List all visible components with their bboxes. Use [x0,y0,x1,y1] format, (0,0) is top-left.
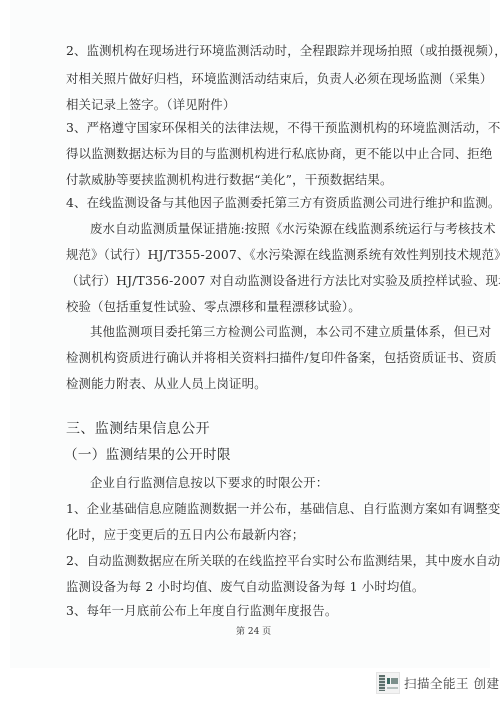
watermark-text: 扫描全能王 创建 [404,674,499,692]
paragraph-line: 相关记录上签字。（详见附件） [66,97,235,113]
paragraph-line: 1、企业基础信息应随监测数据一并公布，基础信息、自行监测方案如有调整变 [66,501,500,517]
paragraph-line: 2、自动监测数据应在所关联的在线监控平台实时公布监测结果，其中废水自动 [66,553,500,569]
paragraph-line: 化时，应于变更后的五日内公布最新内容； [66,527,304,543]
paragraph-line: 4、在线监测设备与其他因子监测委托第三方有资质监测公司进行维护和监测。 [66,195,500,211]
paragraph-line: 对相关照片做好归档，环境监测活动结束后，负责人必须在现场监测（采集） [66,71,492,87]
paragraph-line: 得以监测数据达标为目的与监测机构进行私底协商，更不能以中止合同、拒绝 [66,146,492,162]
section-heading: 三、监测结果信息公开 [66,420,210,438]
scanner-watermark: 扫描全能王 创建 [376,671,499,695]
paragraph-line: 企业自行监测信息按以下要求的时限公开： [90,475,328,491]
paragraph-line: 规范》（试行）HJ/T355-2007、《水污染源在线监测系统有效性判别技术规范… [66,247,500,263]
paragraph-line: 废水自动监测质量保证措施:按照《水污染源在线监测系统运行与考核技术 [90,221,496,237]
subsection-heading: （一）监测结果的公开时限 [64,446,231,464]
paragraph-line: （试行）HJ/T356-2007 对自动监测设备进行方法比对实验及质控样试验、现… [66,273,500,289]
paragraph-line: 3、严格遵守国家环保相关的法律法规，不得干预监测机构的环境监测活动，不 [66,120,500,136]
paragraph-line: 其他监测项目委托第三方检测公司监测，本公司不建立质量体系，但已对 [90,324,491,340]
scanned-page: 2、监测机构在现场进行环境监测活动时，全程跟踪并现场拍照（或拍摄视频）， 对相关… [10,0,490,668]
paragraph-line: 2、监测机构在现场进行环境监测活动时，全程跟踪并现场拍照（或拍摄视频）， [66,43,500,59]
page-number: 第 24 页 [236,624,271,637]
paragraph-line: 付款威胁等要挟监测机构进行数据“美化”，干预数据结果。 [66,172,392,188]
camscanner-logo-icon [376,672,400,694]
paragraph-line: 3、每年一月底前公布上年度自行监测年度报告。 [66,603,337,619]
paragraph-line: 监测设备为每 2 小时均值、废气自动监测设备为每 1 小时均值。 [66,579,424,595]
paragraph-line: 检测能力附表、从业人员上岗证明。 [66,376,267,392]
paragraph-line: 检测机构资质进行确认并将相关资料扫描件/复印件备案，包括资质证书、资质 [66,350,497,366]
paragraph-line: 校验（包括重复性试验、零点漂移和量程漂移试验）。 [66,299,361,315]
